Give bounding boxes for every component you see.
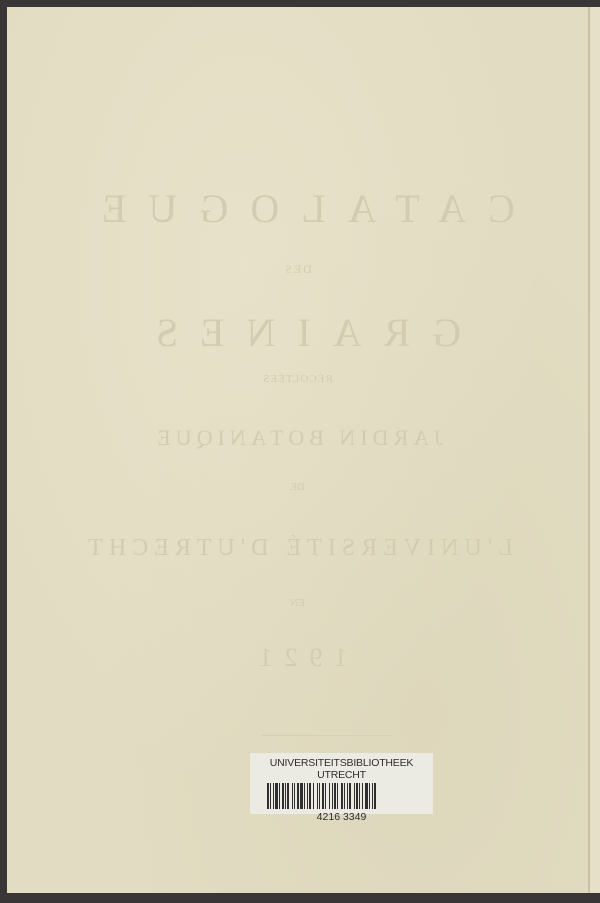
page-fold-strip	[590, 7, 600, 893]
show-through-des: DES	[7, 262, 588, 277]
show-through-graines: GRAINES	[7, 309, 588, 356]
barcode-institution: UNIVERSITEITSBIBLIOTHEEK UTRECHT	[250, 757, 433, 781]
barcode-icon	[267, 783, 417, 809]
show-through-universite: L'UNIVERSITÉ D'UTRECHT	[7, 535, 588, 562]
show-through-year: 1921	[7, 643, 588, 673]
show-through-rule	[262, 735, 392, 736]
show-through-en: EN	[7, 597, 588, 609]
show-through-jardin: JARDIN BOTANIQUE	[7, 425, 588, 451]
show-through-de: DE	[7, 481, 588, 493]
barcode-number: 4216 3349	[250, 811, 433, 823]
show-through-title: CATALOGUE	[7, 185, 588, 232]
show-through-recoltees: RÉCOLTÉES	[7, 373, 588, 385]
scanned-page: CATALOGUE DES GRAINES RÉCOLTÉES JARDIN B…	[7, 7, 600, 893]
library-barcode-label: UNIVERSITEITSBIBLIOTHEEK UTRECHT 4216 33…	[250, 753, 433, 814]
